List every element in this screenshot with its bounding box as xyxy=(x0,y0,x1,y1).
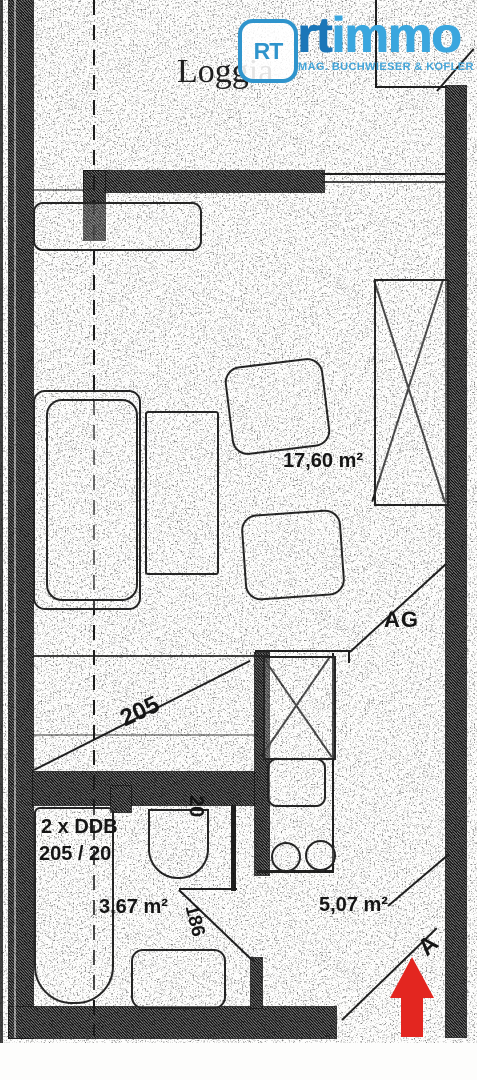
rtimmo-wordmark-immo: immo xyxy=(331,7,460,63)
kitchen-cupboard xyxy=(263,656,336,760)
sideboard xyxy=(33,202,202,251)
toilet xyxy=(148,809,209,879)
hall-area-label: 5,07 m² xyxy=(319,894,388,917)
rtimmo-wordmark-rt: rt xyxy=(297,7,331,63)
dim-205-label: 205 xyxy=(116,691,164,733)
wall-loggia-divider xyxy=(84,171,324,192)
wall-left xyxy=(9,0,33,1038)
wall-door-post xyxy=(251,958,262,1008)
loggia-left-line xyxy=(33,189,84,191)
wall-bottom xyxy=(9,1007,336,1038)
ag-tick-line xyxy=(329,650,351,652)
bathroom-area-label: 3,67 m² xyxy=(99,896,168,919)
wall-bathroom-nub xyxy=(111,786,131,812)
armchair-bottom xyxy=(240,509,346,602)
rtimmo-logo-wordmark: rtimmo xyxy=(297,10,460,60)
dim-186-label: 186 xyxy=(180,903,209,939)
hall-diagonal-line xyxy=(387,853,449,906)
entrance-arrow-head xyxy=(390,957,434,998)
armchair-top xyxy=(223,356,332,456)
dim-20-label: 20 xyxy=(184,795,207,817)
floorplan-scan: Loggia 17,60 m² AG 205 2 x DDB 205 / 20 … xyxy=(0,0,477,1080)
rtimmo-logo-icon: RT xyxy=(238,19,298,83)
bathroom-right-wall-line xyxy=(231,805,236,891)
ddb-label-line2: 205 / 20 xyxy=(39,843,111,866)
coffee-table xyxy=(145,411,219,575)
bathroom-door-header-line xyxy=(179,888,237,890)
kitchen-sink xyxy=(267,758,326,807)
living-room-area-label: 17,60 m² xyxy=(283,450,363,473)
stove-burner-left xyxy=(271,842,301,872)
rtimmo-logo-subtitle: MAG. BUCHWIESER & KOFLER xyxy=(298,61,474,73)
niche-top-line xyxy=(33,655,270,657)
ag-label: AG xyxy=(384,607,419,633)
wall-left-joint xyxy=(14,0,16,1038)
loggia-window-line-outer xyxy=(322,173,446,175)
loggia-window-line-inner xyxy=(322,181,446,183)
bathroom-cabinet xyxy=(131,949,226,1009)
wall-bathroom-top xyxy=(33,772,258,805)
niche-mid-line xyxy=(33,734,258,736)
sofa-inner xyxy=(46,399,138,601)
wardrobe xyxy=(374,279,449,506)
stove-burner-right xyxy=(305,840,336,871)
ddb-label-line1: 2 x DDB xyxy=(41,816,118,839)
loggia-right-horizontal-line xyxy=(375,86,447,88)
wall-right xyxy=(446,86,466,1037)
scan-edge-left xyxy=(0,0,3,1043)
rtimmo-logo-icon-text: RT xyxy=(254,38,283,65)
entrance-arrow-shaft xyxy=(401,996,423,1037)
